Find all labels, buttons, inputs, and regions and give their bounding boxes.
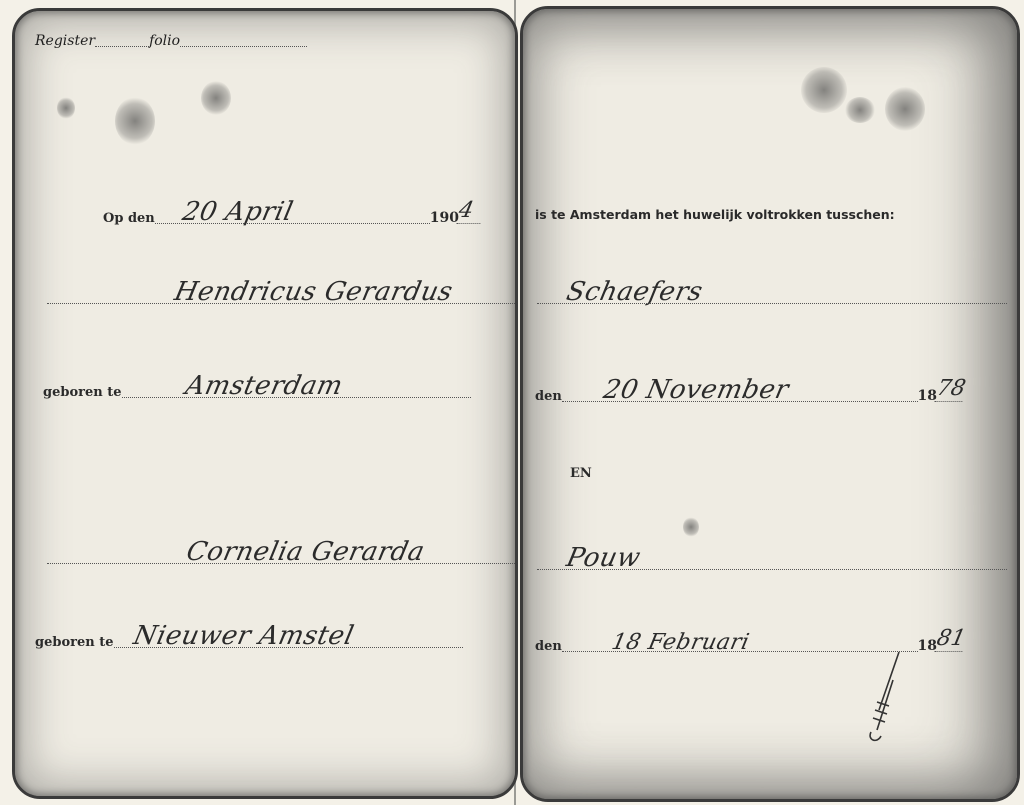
bride-birthplace-field: Nieuwer Amstel [114,607,464,648]
geboren-te-label: geboren te [43,385,122,402]
bride-birth-year-printed: 18 [918,638,937,656]
groom-given-names: Hendricus Gerardus [172,277,456,307]
groom-birthplace-field: Amsterdam [122,357,472,398]
stain [885,87,925,131]
header-row: is te Amsterdam het huwelijk voltrokken … [535,207,895,224]
bride-birth-day-month: 18 Februari [609,630,751,655]
bride-birth-year-handwritten: 81 [934,626,968,652]
groom-surname-field: Schaefers [537,263,1007,304]
bride-birthdate-field: 18 Februari [562,611,918,652]
groom-birthplace: Amsterdam [182,371,345,401]
right-page: is te Amsterdam het huwelijk voltrokken … [520,6,1020,802]
bride-name-row: Cornelia Gerarda [47,523,515,568]
op-den-label: Op den [103,211,155,228]
marriage-day-month: 20 April [180,197,296,227]
groom-name-row: Hendricus Gerardus [47,263,515,308]
bride-surname-row: Pouw [537,529,1007,574]
folio-label: folio [149,33,180,51]
stain [845,97,875,123]
bride-name-field: Cornelia Gerarda [47,523,515,564]
groom-name-field: Hendricus Gerardus [47,263,515,304]
groom-surname-row: Schaefers [537,263,1007,308]
geboren-te-label: geboren te [35,635,114,652]
bride-surname: Pouw [564,543,643,573]
groom-birthdate-row: den 20 November 18 78 [535,361,965,406]
left-page: Register folio Op den 20 April 190 4 Hen… [12,8,518,799]
groom-birthdate-field: 20 November [562,361,918,402]
groom-birth-day-month: 20 November [601,375,792,405]
bride-surname-field: Pouw [537,529,1007,570]
groom-birth-year-printed: 18 [918,388,937,406]
marriage-date-row: Op den 20 April 190 4 [103,183,483,228]
marriage-date-field: 20 April [155,183,430,224]
groom-surname: Schaefers [564,277,706,307]
folio-field [180,45,307,47]
register-row: Register folio [35,33,307,51]
stain [57,97,75,119]
stain [201,81,231,115]
ceremony-header: is te Amsterdam het huwelijk voltrokken … [535,207,895,224]
marriage-year-handwritten: 4 [456,198,486,224]
den-label: den [535,389,562,406]
groom-birthplace-row: geboren te Amsterdam [43,357,471,402]
stain [801,67,847,113]
bride-birthplace: Nieuwer Amstel [130,621,356,651]
bride-given-names: Cornelia Gerarda [184,537,428,567]
den-label: den [535,639,562,656]
ink-scribble-mark [865,650,905,745]
marriage-year-printed: 190 [430,210,459,228]
groom-birth-year-handwritten: 78 [934,376,968,402]
bride-birthplace-row: geboren te Nieuwer Amstel [35,607,463,652]
stain [115,97,155,145]
register-field [95,45,149,47]
conjunction-en: EN [570,466,592,481]
register-label: Register [35,33,95,51]
